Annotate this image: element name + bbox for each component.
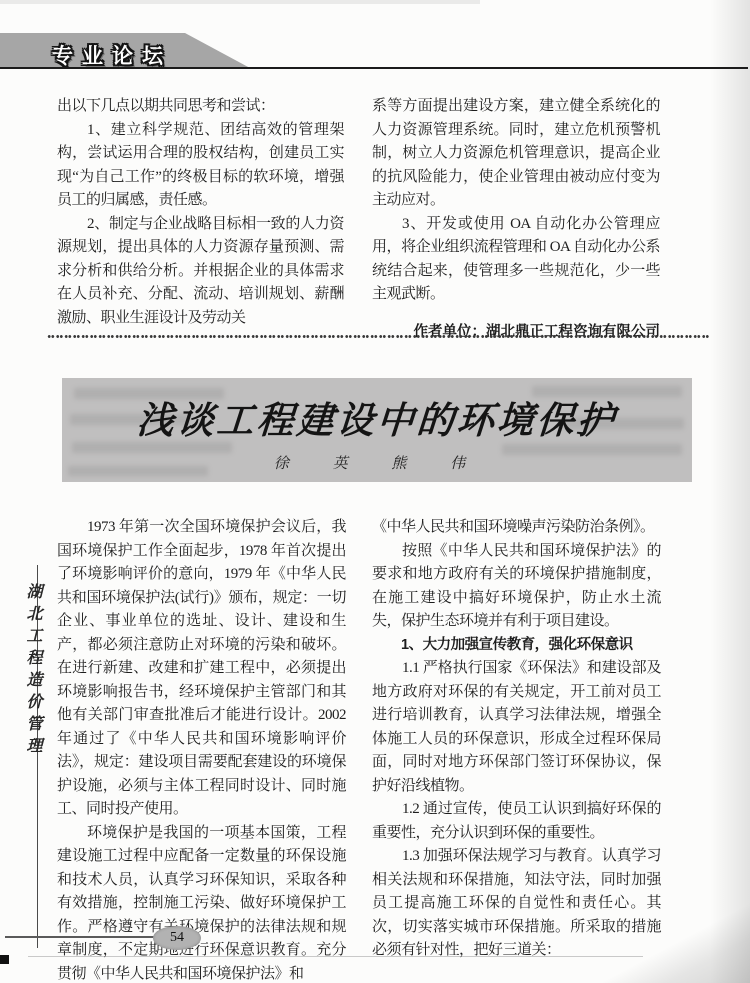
paragraph: 按照《中华人民共和国环境保护法》的要求和地方政府有关的环境保护措施制度，在施工建…: [372, 540, 661, 634]
article-title: 浅谈工程建设中的环境保护: [62, 390, 692, 444]
top-article-right-column: 系等方面提出建设方案，建立健全系统化的人力资源管理系统。同时，建立危机预警机制，…: [372, 95, 660, 344]
page-number-badge: 54: [153, 926, 201, 950]
ornament-divider: [47, 333, 710, 341]
paragraph: 1、建立科学规范、团结高效的管理架构，尝试运用合理的股权结构，创建员工实现“为自…: [57, 119, 344, 213]
page-number: 54: [170, 930, 184, 946]
main-article-left-column: 1973 年第一次全国环境保护会议后，我国环境保护工作全面起步，1978 年首次…: [57, 516, 346, 983]
paragraph: 3、开发或使用 OA 自动化办公管理应用，将企业组织流程管理和 OA 自动化办公…: [372, 213, 660, 307]
header-rule: [0, 67, 748, 69]
paragraph: 2、制定与企业战略目标相一致的人力资源规划，提出具体的人力资源存量预测、需求分析…: [57, 213, 344, 331]
section-heading: 1、大力加强宣传教育，强化环保意识: [372, 634, 661, 658]
footer-rule: [5, 936, 157, 938]
scan-edge-top: [0, 0, 480, 4]
paragraph: 出以下几点以期共同思考和尝试：: [57, 95, 344, 119]
main-article-right-column: 《中华人民共和国环境噪声污染防治条例》。按照《中华人民共和国环境保护法》的要求和…: [372, 516, 661, 963]
scan-edge-right: [710, 0, 750, 983]
paragraph: 1973 年第一次全国环境保护会议后，我国环境保护工作全面起步，1978 年首次…: [57, 516, 346, 822]
paragraph: 系等方面提出建设方案，建立健全系统化的人力资源管理系统。同时，建立危机预警机制，…: [372, 95, 660, 213]
journal-title-vertical: 湖北工程造价管理: [21, 583, 44, 803]
paragraph: 1.3 加强环保法规学习与教育。认真学习相关法规和环保措施，知法守法，同时加强员…: [372, 845, 661, 963]
section-banner-label: 专业论坛: [52, 40, 172, 70]
paragraph: 1.1 严格执行国家《环保法》和建设部及地方政府对环保的有关规定，开工前对员工进…: [372, 657, 661, 798]
paragraph: 《中华人民共和国环境噪声污染防治条例》。: [372, 516, 661, 540]
paragraph: 1.2 通过宣传，使员工认识到搞好环保的重要性，充分认识到环保的重要性。: [372, 798, 661, 845]
article-authors: 徐 英 熊 伟: [62, 452, 692, 473]
scan-registration-mark: [0, 955, 9, 964]
article-title-box: 浅谈工程建设中的环境保护 徐 英 熊 伟: [62, 378, 692, 482]
top-article-left-column: 出以下几点以期共同思考和尝试：1、建立科学规范、团结高效的管理架构，尝试运用合理…: [57, 95, 344, 330]
paragraph: 环境保护是我国的一项基本国策，工程建设施工过程中应配备一定数量的环保设施和技术人…: [57, 822, 346, 983]
